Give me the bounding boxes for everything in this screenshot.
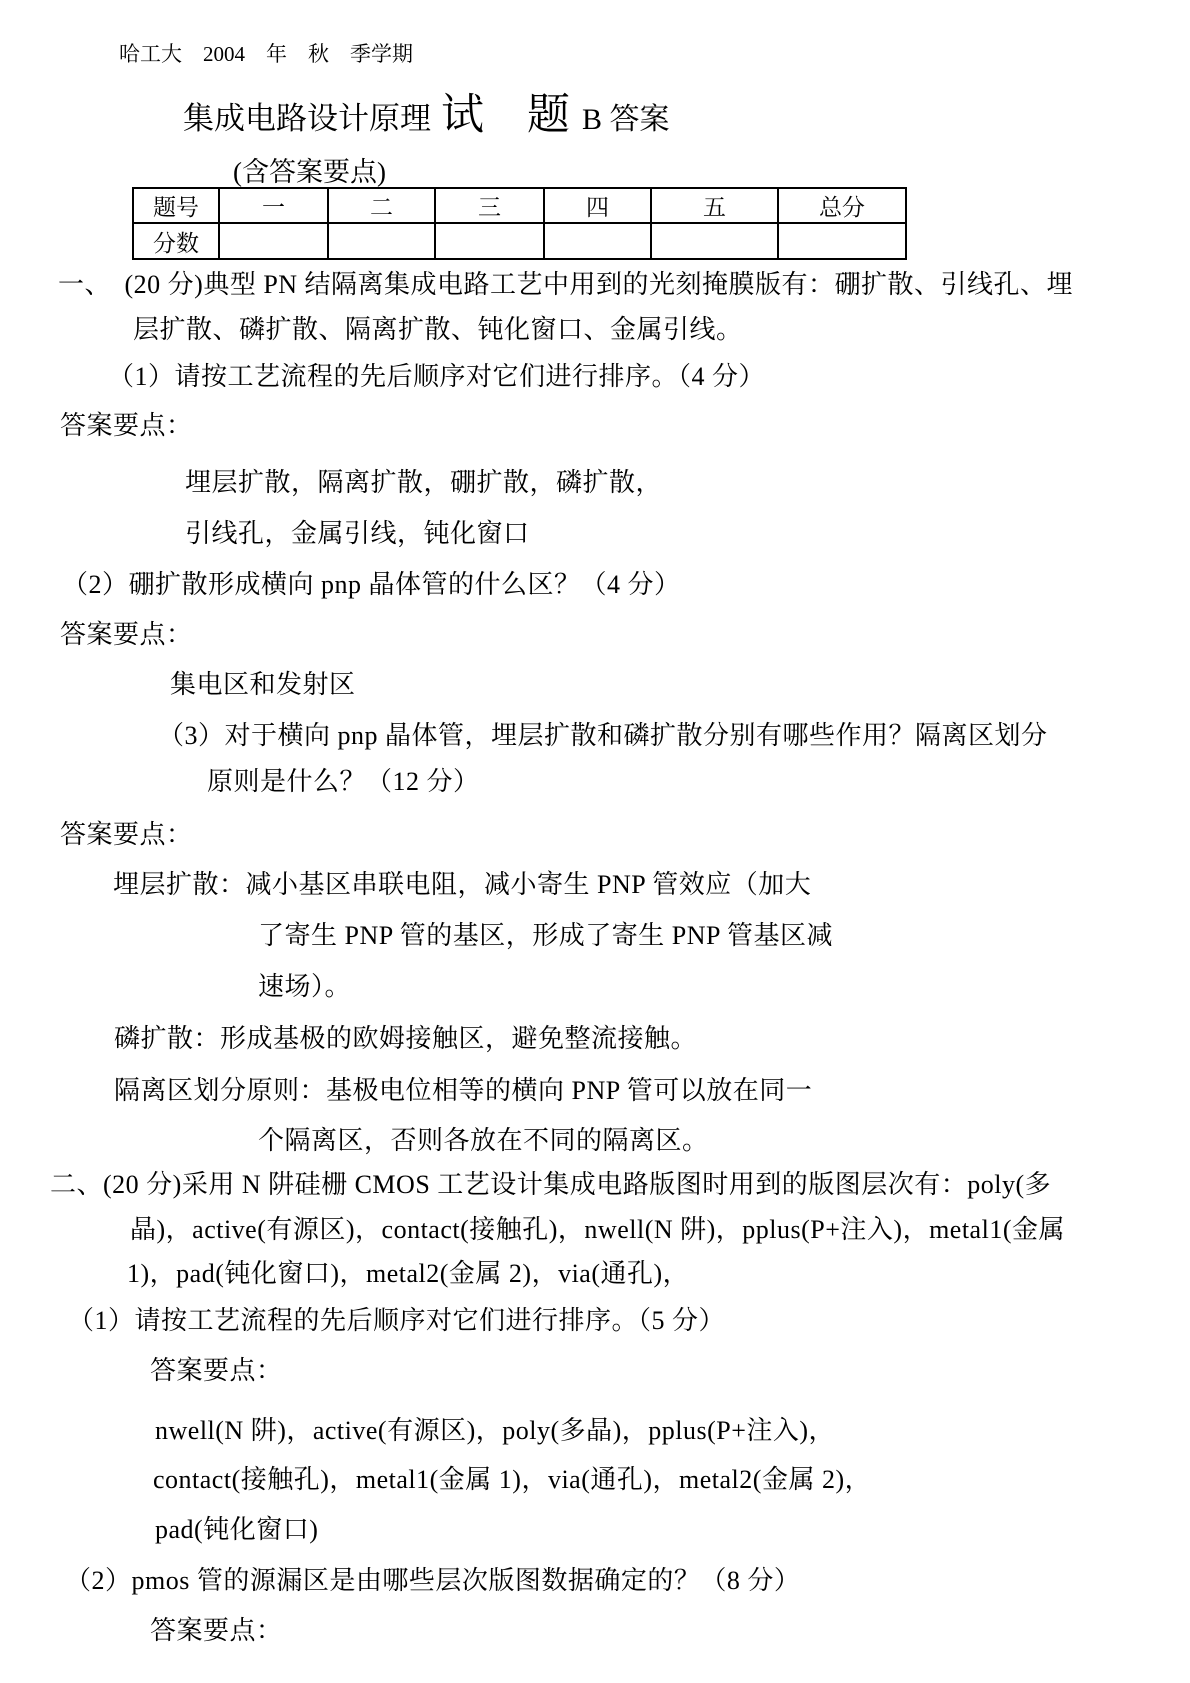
score-cell: [435, 223, 544, 259]
question-2-intro-line-1: 二、(20 分)采用 N 阱硅栅 CMOS 工艺设计集成电路版图时用到的版图层次…: [50, 1172, 1051, 1198]
score-table-header-cell: 题号: [133, 188, 219, 223]
answer-heading-1: 答案要点：: [60, 413, 193, 439]
question-1-part-1: （1）请按工艺流程的先后顺序对它们进行排序。（4 分）: [108, 364, 765, 390]
question-2-part-1: （1）请按工艺流程的先后顺序对它们进行排序。（5 分）: [68, 1308, 725, 1334]
answer-1-3-line-2: 了寄生 PNP 管的基区，形成了寄生 PNP 管基区减: [258, 923, 833, 949]
answer-2-1-line-1: nwell(N 阱)，active(有源区)，poly(多晶)，pplus(P+…: [155, 1418, 835, 1444]
score-cell: [778, 223, 906, 259]
question-2-intro-line-3: 1)，pad(钝化窗口)，metal2(金属 2)，via(通孔)，: [127, 1261, 689, 1287]
question-1-part-3-line-1: （3）对于横向 pnp 晶体管，埋层扩散和磷扩散分别有哪些作用？隔离区划分: [158, 723, 1048, 749]
answer-1-3-line-1: 埋层扩散：减小基区串联电阻，减小寄生 PNP 管效应（加大: [113, 872, 811, 898]
score-table-header-cell: 三: [435, 188, 544, 223]
page-title: 集成电路设计原理试 题B 答案: [183, 94, 670, 137]
answer-heading-3: 答案要点：: [60, 822, 193, 848]
exam-paper-page: 哈工大 2004 年 秋 季学期 集成电路设计原理试 题B 答案 (含答案要点)…: [0, 0, 1190, 1683]
answer-1-3-line-6: 个隔离区，否则各放在不同的隔离区。: [258, 1128, 709, 1154]
score-table-header-cell: 四: [544, 188, 651, 223]
answer-1-2: 集电区和发射区: [170, 672, 356, 698]
score-cell: [544, 223, 651, 259]
answer-2-1-line-2: contact(接触孔)，metal1(金属 1)，via(通孔)，metal2…: [153, 1467, 871, 1493]
score-table-header-cell: 一: [219, 188, 328, 223]
question-2-intro-line-2: 晶)，active(有源区)，contact(接触孔)，nwell(N 阱)，p…: [130, 1217, 1065, 1243]
score-table-header-cell: 五: [651, 188, 778, 223]
score-row-label: 分数: [133, 223, 219, 259]
question-1-intro-line-1: 一、 (20 分)典型 PN 结隔离集成电路工艺中用到的光刻掩膜版有：硼扩散、引…: [58, 272, 1073, 298]
answer-1-1-line-1: 埋层扩散，隔离扩散，硼扩散，磷扩散，: [185, 470, 662, 496]
answer-heading-2: 答案要点：: [60, 622, 193, 648]
question-1-intro-line-2: 层扩散、磷扩散、隔离扩散、钝化窗口、金属引线。: [133, 317, 743, 343]
answer-1-3-line-4: 磷扩散：形成基极的欧姆接触区，避免整流接触。: [114, 1026, 697, 1052]
answer-1-3-line-3: 速场）。: [258, 974, 351, 1000]
page-subtitle: (含答案要点): [233, 150, 386, 189]
question-1-part-2: （2）硼扩散形成横向 pnp 晶体管的什么区？（4 分）: [62, 572, 681, 598]
exam-word: 试 题: [441, 92, 570, 139]
answer-1-3-line-5: 隔离区划分原则：基极电位相等的横向 PNP 管可以放在同一: [114, 1078, 812, 1104]
answer-heading-5: 答案要点：: [150, 1618, 283, 1644]
answer-1-1-line-2: 引线孔，金属引线，钝化窗口: [185, 521, 530, 547]
question-1-part-3-line-2: 原则是什么？（12 分）: [207, 769, 480, 795]
score-cell: [219, 223, 328, 259]
answer-heading-4: 答案要点：: [150, 1358, 283, 1384]
score-cell: [651, 223, 778, 259]
score-table-header-cell: 二: [328, 188, 435, 223]
score-table: 题号 一 二 三 四 五 总分 分数: [132, 187, 907, 260]
score-cell: [328, 223, 435, 259]
semester-line: 哈工大 2004 年 秋 季学期: [119, 38, 413, 68]
course-name: 集成电路设计原理: [183, 101, 431, 136]
answer-2-1-line-3: pad(钝化窗口): [155, 1517, 318, 1543]
question-2-part-2: （2）pmos 管的源漏区是由哪些层次版图数据确定的？（8 分）: [65, 1568, 800, 1594]
score-table-header-cell: 总分: [778, 188, 906, 223]
paper-version-label: B 答案: [582, 103, 670, 136]
